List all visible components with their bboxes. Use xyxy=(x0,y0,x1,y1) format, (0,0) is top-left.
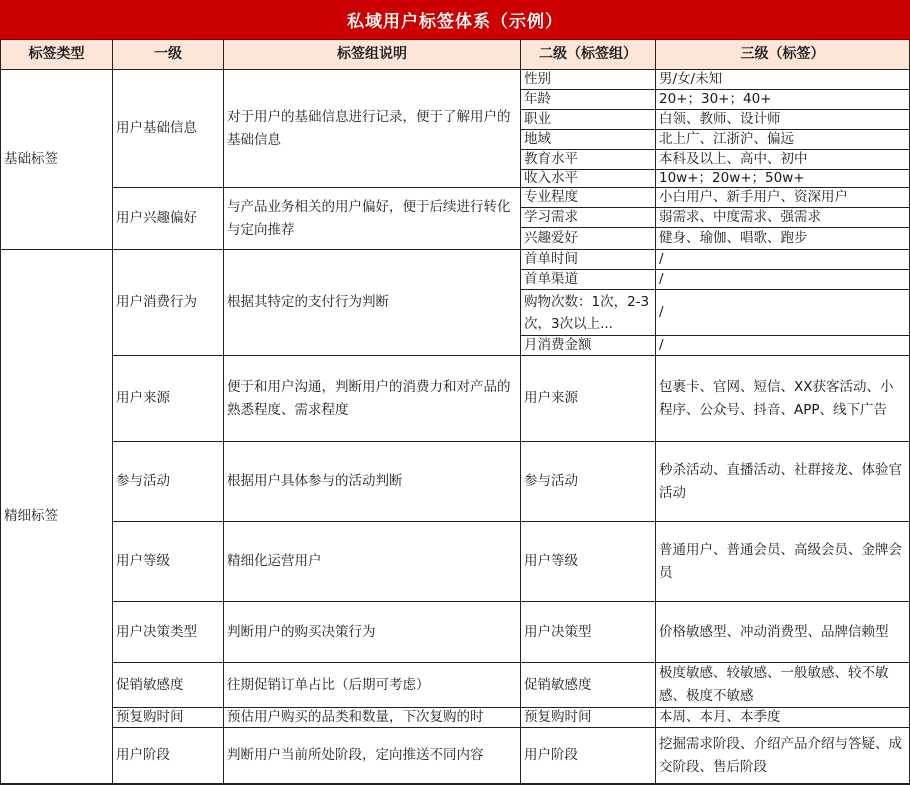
description-cell: 与产品业务相关的用户偏好，便于后续进行转化与定向推荐 xyxy=(224,188,521,250)
level3-cell: / xyxy=(656,290,910,336)
description-cell: 往期促销订单占比（后期可考虑） xyxy=(224,663,521,708)
level1-cell: 用户阶段 xyxy=(113,728,224,785)
category-basic: 基础标签 xyxy=(0,70,113,250)
level2-cell: 学习需求 xyxy=(521,208,656,228)
level1-cell: 用户来源 xyxy=(113,356,224,442)
level1-cell: 用户基础信息 xyxy=(113,70,224,188)
header-description: 标签组说明 xyxy=(224,40,521,70)
level1-cell: 用户等级 xyxy=(113,522,224,602)
description-cell: 便于和用户沟通，判断用户的消费力和对产品的熟悉程度、需求程度 xyxy=(224,356,521,442)
level2-cell: 促销敏感度 xyxy=(521,663,656,708)
level2-cell: 预复购时间 xyxy=(521,708,656,728)
level2-cell: 首单渠道 xyxy=(521,270,656,290)
header-tag-type: 标签类型 xyxy=(0,40,113,70)
level1-cell: 预复购时间 xyxy=(113,708,224,728)
level3-cell: 白领、教师、设计师 xyxy=(656,110,910,130)
level1-cell: 促销敏感度 xyxy=(113,663,224,708)
level3-cell: 20+；30+；40+ xyxy=(656,90,910,110)
level1-cell: 参与活动 xyxy=(113,442,224,522)
level3-cell: / xyxy=(656,250,910,270)
level3-cell: 挖掘需求阶段、介绍产品介绍与答疑、成交阶段、售后阶段 xyxy=(656,728,910,785)
description-cell: 判断用户当前所处阶段，定向推送不同内容 xyxy=(224,728,521,785)
level2-cell: 专业程度 xyxy=(521,188,656,208)
level2-cell: 兴趣爱好 xyxy=(521,228,656,250)
category-fine: 精细标签 xyxy=(0,250,113,785)
level3-cell: 弱需求、中度需求、强需求 xyxy=(656,208,910,228)
description-cell: 预估用户购买的品类和数量，下次复购的时 xyxy=(224,708,521,728)
level2-cell: 职业 xyxy=(521,110,656,130)
level1-cell: 用户决策类型 xyxy=(113,602,224,663)
table-title: 私域用户标签体系（示例） xyxy=(0,0,910,40)
level3-cell: 秒杀活动、直播活动、社群接龙、体验官活动 xyxy=(656,442,910,522)
level3-cell: 普通用户、普通会员、高级会员、金牌会员 xyxy=(656,522,910,602)
level3-cell: 健身、瑜伽、唱歌、跑步 xyxy=(656,228,910,250)
level2-cell: 用户等级 xyxy=(521,522,656,602)
level2-cell: 参与活动 xyxy=(521,442,656,522)
level2-cell: 性别 xyxy=(521,70,656,90)
level3-cell: 极度敏感、较敏感、一般敏感、较不敏感、极度不敏感 xyxy=(656,663,910,708)
description-cell: 精细化运营用户 xyxy=(224,522,521,602)
level1-cell: 用户消费行为 xyxy=(113,250,224,356)
level3-cell: 本周、本月、本季度 xyxy=(656,708,910,728)
level2-cell: 地域 xyxy=(521,130,656,150)
level2-cell: 教育水平 xyxy=(521,150,656,170)
header-level3: 三级（标签） xyxy=(656,40,910,70)
level3-cell: 本科及以上、高中、初中 xyxy=(656,150,910,170)
description-cell: 根据用户具体参与的活动判断 xyxy=(224,442,521,522)
level1-cell: 用户兴趣偏好 xyxy=(113,188,224,250)
header-level2: 二级（标签组） xyxy=(521,40,656,70)
level2-cell: 用户来源 xyxy=(521,356,656,442)
level3-cell: / xyxy=(656,336,910,356)
level2-cell: 购物次数：1次，2-3次，3次以上... xyxy=(521,290,656,336)
level2-cell: 收入水平 xyxy=(521,170,656,188)
description-cell: 根据其特定的支付行为判断 xyxy=(224,250,521,356)
description-cell: 对于用户的基础信息进行记录，便于了解用户的基础信息 xyxy=(224,70,521,188)
level2-cell: 年龄 xyxy=(521,90,656,110)
level3-cell: 小白用户、新手用户、资深用户 xyxy=(656,188,910,208)
level3-cell: 包裹卡、官网、短信、XX获客活动、小程序、公众号、抖音、APP、线下广告 xyxy=(656,356,910,442)
level3-cell: / xyxy=(656,270,910,290)
description-cell: 判断用户的购买决策行为 xyxy=(224,602,521,663)
level2-cell: 首单时间 xyxy=(521,250,656,270)
level3-cell: 男/女/未知 xyxy=(656,70,910,90)
level2-cell: 月消费金额 xyxy=(521,336,656,356)
level3-cell: 北上广、江浙沪、偏远 xyxy=(656,130,910,150)
level2-cell: 用户决策型 xyxy=(521,602,656,663)
level2-cell: 用户阶段 xyxy=(521,728,656,785)
header-level1: 一级 xyxy=(113,40,224,70)
level3-cell: 价格敏感型、冲动消费型、品牌信赖型 xyxy=(656,602,910,663)
level3-cell: 10w+；20w+；50w+ xyxy=(656,170,910,188)
